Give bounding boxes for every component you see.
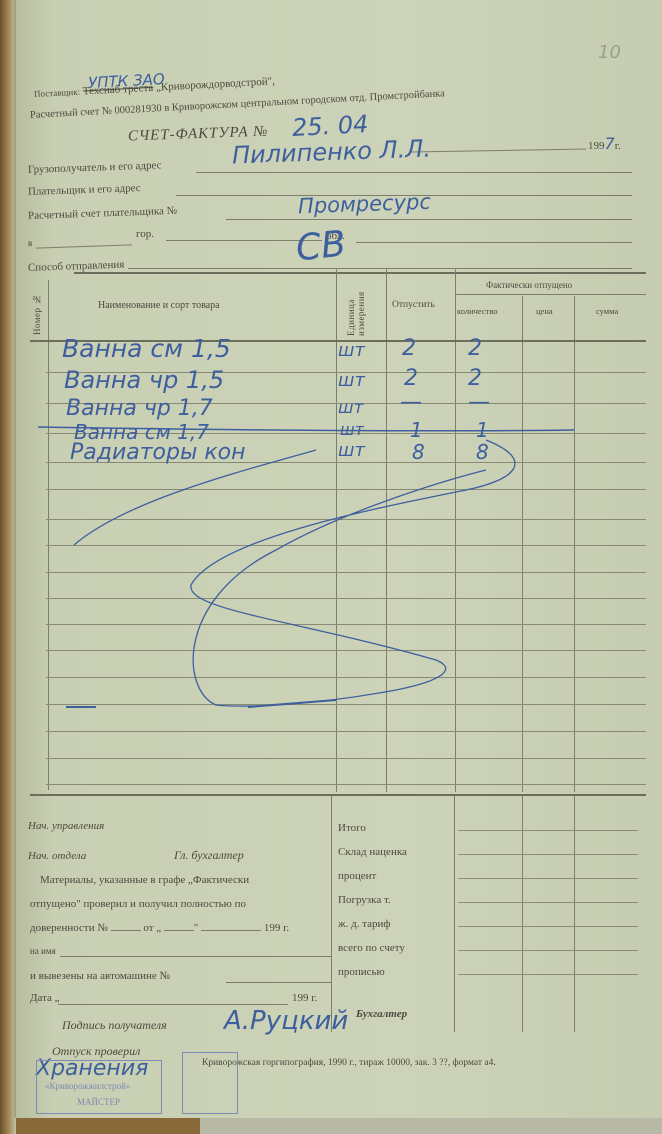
cancel-stroke-top [74, 450, 316, 545]
chief-accountant: Гл. бухгалтер [174, 848, 244, 863]
date-underline [58, 1004, 288, 1005]
recipient-sig-label: Подпись получателя [62, 1018, 167, 1033]
name-label: на имя [30, 946, 56, 956]
name-underline [60, 956, 332, 957]
total-label: Итого [338, 822, 366, 834]
materials-text-2: отпущено" проверил и получил полностью п… [30, 898, 246, 910]
in-words-label: прописью [338, 966, 385, 978]
materials-text-1: Материалы, указанные в графе „Фактически [40, 874, 249, 886]
proxy-line: доверенности № от „ " 199 г. [30, 922, 289, 934]
cancel-stroke-bottom [66, 700, 336, 707]
printer-line: Криворожская горгипография, 1990 г., тир… [202, 1058, 496, 1068]
stamp-role-text: МАЙСТЕР [37, 1097, 161, 1107]
under-page [200, 1118, 662, 1134]
totals-divider [331, 796, 332, 1032]
totals-line [458, 902, 638, 903]
recipient-signature: А.Руцкий [224, 1006, 348, 1036]
proxy-from: от „ [143, 922, 161, 934]
vehicle-underline [226, 982, 332, 983]
vehicle-label: и вывезены на автомашине № [30, 970, 170, 982]
totals-line [458, 950, 638, 951]
totals-col-1 [454, 796, 455, 1032]
head-dept: Нач. отдела [28, 850, 86, 862]
stamp-org: «Криворожжилстрой» МАЙСТЕР [36, 1060, 162, 1114]
markup-label: Склад наценка [338, 846, 407, 858]
accountant-label: Бухгалтер [356, 1008, 407, 1020]
totals-line [458, 974, 638, 975]
head-admin: Нач. управления [28, 820, 104, 832]
totals-col-3 [574, 796, 575, 1032]
strike-line [38, 427, 574, 431]
percent-label: процент [338, 870, 376, 882]
date-year: 199 г. [292, 992, 317, 1004]
stamp-signature-box [182, 1052, 238, 1114]
rail-tariff-label: ж. д. тариф [338, 918, 391, 930]
proxy-label: доверенности № [30, 922, 108, 934]
totals-line [458, 854, 638, 855]
totals-col-2 [522, 796, 523, 1032]
date-label: Дата „ [30, 992, 60, 1004]
invoice-page: 10 УПТК ЗАО Поставщик: Техснаб треста „К… [14, 0, 662, 1118]
proxy-year: 199 г. [264, 922, 289, 934]
totals-line [458, 926, 638, 927]
stamp-org-text: «Криворожжилстрой» [37, 1081, 161, 1091]
loading-label: Погрузка т. [338, 894, 391, 906]
grand-total-label: всего по счету [338, 942, 405, 954]
totals-line [458, 830, 638, 831]
totals-line [458, 878, 638, 879]
cancel-stroke-z [191, 440, 515, 706]
